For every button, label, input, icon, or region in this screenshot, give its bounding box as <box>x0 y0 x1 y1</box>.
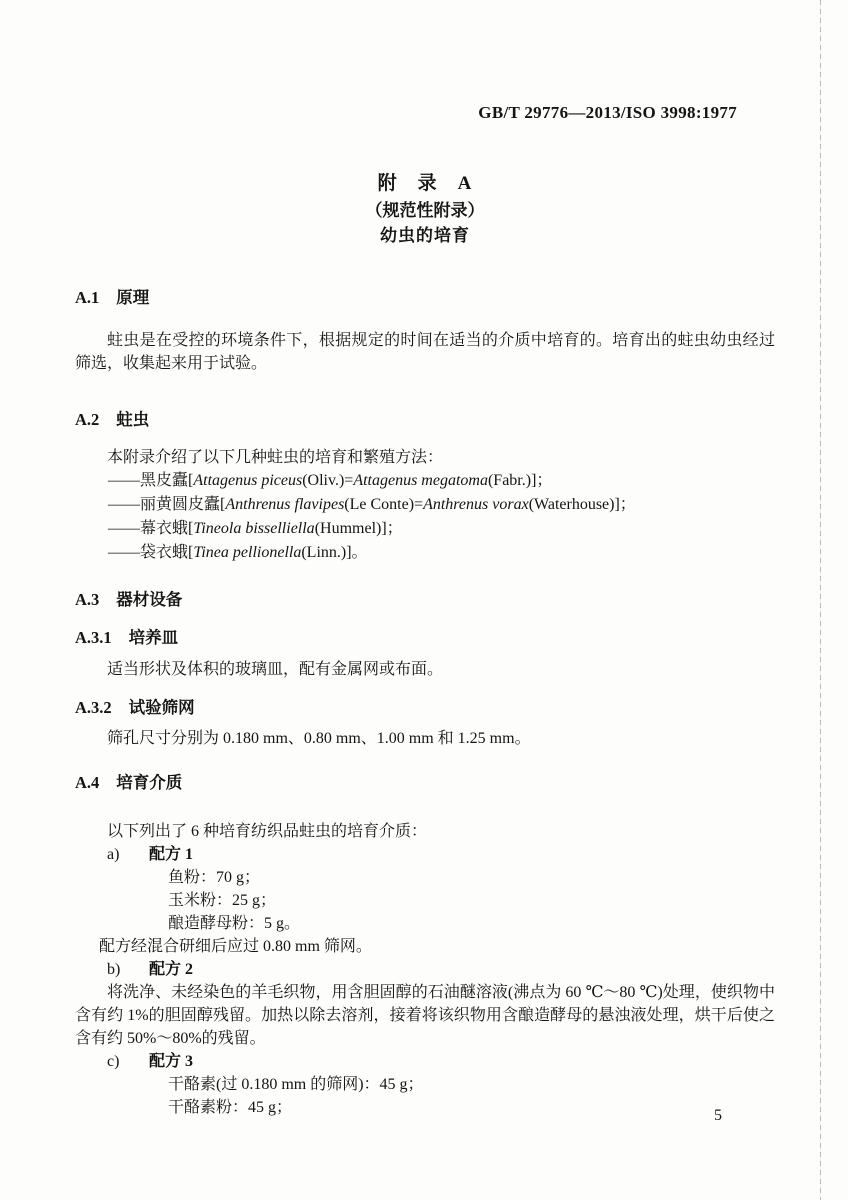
standard-number-header: GB/T 29776—2013/ISO 3998:1977 <box>75 102 775 124</box>
recipe-ingredient: 玉米粉：25 g； <box>75 889 775 912</box>
recipe-heading: b)配方 2 <box>75 958 775 981</box>
species-text: ——丽黄圆皮蠹[ <box>108 496 225 513</box>
recipe-ingredient: 酿造酵母粉：5 g。 <box>75 912 775 935</box>
paragraph-a32: 筛孔尺寸分别为 0.180 mm、0.80 mm、1.00 mm 和 1.25 … <box>75 727 775 750</box>
recipe-note: 配方经混合研细后应过 0.80 mm 筛网。 <box>75 935 775 958</box>
recipe-label: a) <box>107 843 149 866</box>
section-number: A.4 <box>75 773 99 792</box>
section-heading-a31: A.3.1培养皿 <box>75 626 775 649</box>
species-item: ——黑皮蠹[Attagenus piceus(Oliv.)=Attagenus … <box>75 469 775 493</box>
section-number: A.1 <box>75 288 99 307</box>
section-heading-a2: A.2蛀虫 <box>75 408 775 431</box>
section-heading-a3: A.3器材设备 <box>75 588 775 611</box>
paragraph-a4-intro: 以下列出了 6 种培育纺织品蛀虫的培育介质： <box>75 820 775 843</box>
scan-edge-line <box>820 0 821 1200</box>
section-number: A.3.2 <box>75 698 112 717</box>
section-heading-a1: A.1原理 <box>75 286 775 309</box>
recipes-block: 以下列出了 6 种培育纺织品蛀虫的培育介质： a)配方 1 鱼粉：70 g； 玉… <box>75 820 775 1119</box>
recipe-ingredient: 干酪素(过 0.180 mm 的筛网)：45 g； <box>75 1073 775 1096</box>
section-number: A.3.1 <box>75 628 112 647</box>
paragraph-a1: 蛀虫是在受控的环境条件下，根据规定的时间在适当的介质中培育的。培育出的蛀虫幼虫经… <box>75 329 775 375</box>
species-latin-name: Tineola bisselliella <box>193 520 314 537</box>
recipe-ingredient: 干酪素粉：45 g； <box>75 1096 775 1119</box>
appendix-subtitle-normative: （规范性附录） <box>75 198 775 223</box>
section-number: A.3 <box>75 590 99 609</box>
page-number: 5 <box>708 1104 728 1127</box>
species-text: (Oliv.)= <box>302 472 353 489</box>
paragraph-a2-intro: 本附录介绍了以下几种蛀虫的培育和繁殖方法： <box>75 446 775 469</box>
recipe-heading: a)配方 1 <box>75 843 775 866</box>
species-latin-name: Tinea pellionella <box>193 544 301 561</box>
species-latin-name: Anthrenus vorax <box>423 496 529 513</box>
recipe-name: 配方 3 <box>149 1053 193 1070</box>
recipe-label: b) <box>107 958 149 981</box>
section-title: 蛀虫 <box>116 410 149 429</box>
recipe-paragraph: 将洗净、未经染色的羊毛织物，用含胆固醇的石油醚溶液(沸点为 60 ℃～80 ℃)… <box>75 981 775 1050</box>
recipe-label: c) <box>107 1050 149 1073</box>
section-title: 器材设备 <box>116 590 182 609</box>
recipe-name: 配方 1 <box>149 846 193 863</box>
species-item: ——袋衣蛾[Tinea pellionella(Linn.)]。 <box>75 541 775 565</box>
section-title: 试验筛网 <box>129 698 195 717</box>
species-text: ——袋衣蛾[ <box>108 544 193 561</box>
species-text: (Linn.)]。 <box>301 544 367 561</box>
appendix-subtitle-topic: 幼虫的培育 <box>75 223 775 248</box>
recipe-heading: c)配方 3 <box>75 1050 775 1073</box>
species-item: ——丽黄圆皮蠹[Anthrenus flavipes(Le Conte)=Ant… <box>75 493 775 517</box>
page-content: GB/T 29776—2013/ISO 3998:1977 附 录 A （规范性… <box>75 0 775 1119</box>
species-text: (Waterhouse)]； <box>529 496 636 513</box>
species-text: (Fabr.)]； <box>488 472 552 489</box>
species-text: (Hummel)]； <box>315 520 403 537</box>
recipe-ingredient: 鱼粉：70 g； <box>75 866 775 889</box>
appendix-title: 附 录 A <box>75 170 775 198</box>
species-latin-name: Attagenus piceus <box>193 472 302 489</box>
species-text: (Le Conte)= <box>344 496 423 513</box>
section-title: 培育介质 <box>116 773 182 792</box>
species-list: ——黑皮蠹[Attagenus piceus(Oliv.)=Attagenus … <box>75 469 775 565</box>
species-text: ——幕衣蛾[ <box>108 520 193 537</box>
appendix-title-block: 附 录 A （规范性附录） 幼虫的培育 <box>75 170 775 248</box>
section-heading-a4: A.4培育介质 <box>75 771 775 794</box>
species-latin-name: Attagenus megatoma <box>353 472 488 489</box>
species-item: ——幕衣蛾[Tineola bisselliella(Hummel)]； <box>75 517 775 541</box>
section-number: A.2 <box>75 410 99 429</box>
section-heading-a32: A.3.2试验筛网 <box>75 696 775 719</box>
species-latin-name: Anthrenus flavipes <box>225 496 344 513</box>
paragraph-a31: 适当形状及体积的玻璃皿，配有金属网或布面。 <box>75 658 775 681</box>
section-title: 原理 <box>116 288 149 307</box>
species-text: ——黑皮蠹[ <box>108 472 193 489</box>
document-page: GB/T 29776—2013/ISO 3998:1977 附 录 A （规范性… <box>0 0 848 1200</box>
section-title: 培养皿 <box>129 628 179 647</box>
recipe-name: 配方 2 <box>149 961 193 978</box>
